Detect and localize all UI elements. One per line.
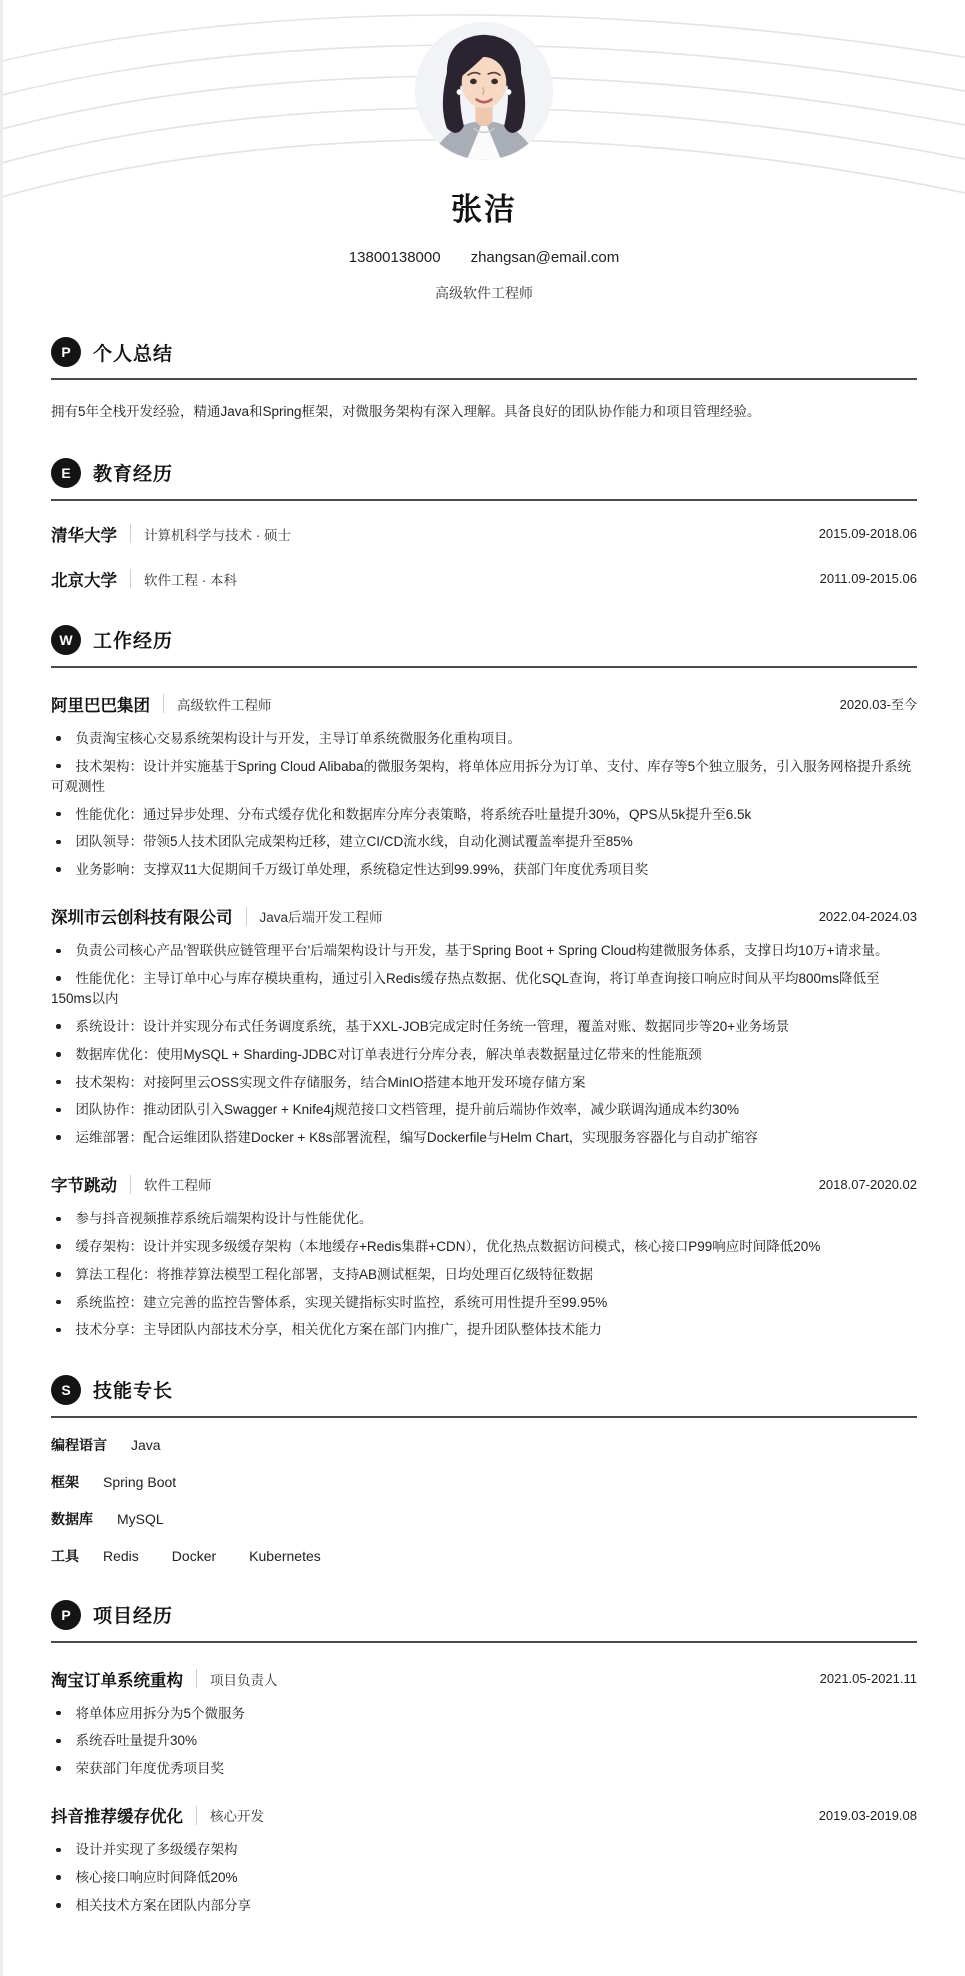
vertical-separator	[246, 907, 247, 926]
bullet-dot-icon	[56, 1848, 61, 1853]
work-section-icon: W	[51, 625, 81, 655]
date-range: 2011.09-2015.06	[820, 571, 917, 586]
role-title: 软件工程师	[144, 1174, 212, 1194]
bullet-item: 缓存架构：设计并实现多级缓存架构（本地缓存+Redis集群+CDN），优化热点数…	[51, 1237, 917, 1257]
bullet-text: 相关技术方案在团队内部分享	[76, 1898, 252, 1913]
section-title-projects: 项目经历	[93, 1601, 173, 1628]
skill-value: Redis	[103, 1548, 139, 1564]
resume-header: 张洁 13800138000 zhangsan@email.com 高级软件工程…	[3, 0, 965, 303]
bullet-text: 设计并实现了多级缓存架构	[76, 1842, 238, 1857]
bullet-item: 数据库优化：使用MySQL + Sharding-JDBC对订单表进行分库分表，…	[51, 1045, 917, 1065]
bullet-dot-icon	[56, 867, 61, 872]
skill-value: Kubernetes	[249, 1548, 321, 1564]
resume-page: 张洁 13800138000 zhangsan@email.com 高级软件工程…	[0, 0, 965, 1976]
bullet-dot-icon	[56, 1135, 61, 1140]
candidate-title: 高级软件工程师	[3, 283, 965, 303]
bullet-dot-icon	[56, 1080, 61, 1085]
bullet-item: 技术架构：对接阿里云OSS实现文件存储服务，结合MinIO搭建本地开发环境存储方…	[51, 1073, 917, 1093]
date-range: 2015.09-2018.06	[819, 526, 917, 541]
education-list: 清华大学 计算机科学与技术 · 硕士 2015.09-2018.06 北京大学 …	[51, 522, 917, 591]
role-title: Java后端开发工程师	[260, 906, 383, 926]
bullet-dot-icon	[56, 1217, 61, 1222]
section-divider	[51, 499, 917, 501]
skill-category-label: 数据库	[51, 1509, 93, 1529]
bullet-dot-icon	[56, 1272, 61, 1277]
skill-values: Spring Boot	[103, 1474, 176, 1490]
bullet-dot-icon	[56, 1711, 61, 1716]
section-education: E 教育经历 清华大学 计算机科学与技术 · 硕士 2015.09-2018.0…	[51, 458, 917, 591]
skill-row: 工具 RedisDockerKubernetes	[51, 1546, 917, 1566]
projects-list: 淘宝订单系统重构 项目负责人 2021.05-2021.11 将单体应用拆分为5…	[51, 1667, 917, 1917]
skill-value: Docker	[172, 1548, 216, 1564]
bullet-list: 将单体应用拆分为5个微服务 系统吞吐量提升30% 荣获部门年度优秀项目奖	[51, 1704, 917, 1780]
bullet-item: 负责淘宝核心交易系统架构设计与开发，主导订单系统微服务化重构项目。	[51, 729, 917, 749]
bullet-dot-icon	[56, 1875, 61, 1880]
bullet-dot-icon	[56, 1328, 61, 1333]
role-title: 高级软件工程师	[177, 694, 272, 714]
bullet-text: 团队领导：带领5人技术团队完成架构迁移，建立CI/CD流水线，自动化测试覆盖率提…	[76, 834, 633, 849]
bullet-item: 性能优化：通过异步处理、分布式缓存优化和数据库分库分表策略，将系统吞吐量提升30…	[51, 805, 917, 825]
bullet-item: 运维部署：配合运维团队搭建Docker + K8s部署流程，编写Dockerfi…	[51, 1128, 917, 1148]
project-name: 淘宝订单系统重构	[51, 1667, 183, 1691]
bullet-item: 系统设计：设计并实现分布式任务调度系统，基于XXL-JOB完成定时任务统一管理，…	[51, 1017, 917, 1037]
bullet-item: 荣获部门年度优秀项目奖	[51, 1759, 917, 1779]
bullet-dot-icon	[56, 840, 61, 845]
bullet-item: 团队领导：带领5人技术团队完成架构迁移，建立CI/CD流水线，自动化测试覆盖率提…	[51, 832, 917, 852]
bullet-item: 相关技术方案在团队内部分享	[51, 1896, 917, 1916]
education-row: 北京大学 软件工程 · 本科 2011.09-2015.06	[51, 567, 917, 591]
skills-section-icon: S	[51, 1375, 81, 1405]
work-list: 阿里巴巴集团 高级软件工程师 2020.03-至今 负责淘宝核心交易系统架构设计…	[51, 692, 917, 1341]
section-skills: S 技能专长 编程语言 Java 框架	[51, 1375, 917, 1566]
section-divider	[51, 1416, 917, 1418]
bullet-item: 系统监控：建立完善的监控告警体系，实现关键指标实时监控，系统可用性提升至99.9…	[51, 1293, 917, 1313]
summary-text: 拥有5年全栈开发经验，精通Java和Spring框架，对微服务架构有深入理解。具…	[51, 401, 917, 424]
company-name: 深圳市云创科技有限公司	[51, 904, 233, 928]
bullet-dot-icon	[56, 812, 61, 817]
bullet-text: 运维部署：配合运维团队搭建Docker + K8s部署流程，编写Dockerfi…	[76, 1130, 758, 1145]
section-title-summary: 个人总结	[93, 339, 173, 366]
skill-values: RedisDockerKubernetes	[103, 1548, 321, 1564]
vertical-separator	[130, 524, 131, 543]
bullet-dot-icon	[56, 1052, 61, 1057]
bullet-text: 负责淘宝核心交易系统架构设计与开发，主导订单系统微服务化重构项目。	[76, 731, 522, 746]
bullet-list: 负责淘宝核心交易系统架构设计与开发，主导订单系统微服务化重构项目。 技术架构：设…	[51, 729, 917, 881]
bullet-item: 性能优化：主导订单中心与库存模块重构，通过引入Redis缓存热点数据、优化SQL…	[51, 969, 917, 1010]
email-address: zhangsan@email.com	[471, 249, 620, 266]
date-range: 2018.07-2020.02	[819, 1177, 917, 1192]
bullet-item: 技术分享：主导团队内部技术分享，相关优化方案在部门内推广，提升团队整体技术能力	[51, 1320, 917, 1340]
skill-value: Spring Boot	[103, 1474, 176, 1490]
section-title-skills: 技能专长	[93, 1376, 173, 1403]
skill-row: 框架 Spring Boot	[51, 1472, 917, 1492]
bullet-item: 团队协作：推动团队引入Swagger + Knife4j规范接口文档管理，提升前…	[51, 1100, 917, 1120]
bullet-dot-icon	[56, 1300, 61, 1305]
bullet-item: 将单体应用拆分为5个微服务	[51, 1704, 917, 1724]
education-section-icon: E	[51, 458, 81, 488]
summary-section-icon: P	[51, 337, 81, 367]
school-name: 北京大学	[51, 567, 117, 591]
company-name: 字节跳动	[51, 1172, 117, 1196]
bullet-text: 性能优化：通过异步处理、分布式缓存优化和数据库分库分表策略，将系统吞吐量提升30…	[76, 807, 752, 822]
company-name: 阿里巴巴集团	[51, 692, 150, 716]
bullet-item: 系统吞吐量提升30%	[51, 1731, 917, 1751]
date-range: 2021.05-2021.11	[820, 1671, 917, 1686]
project-entry: 淘宝订单系统重构 项目负责人 2021.05-2021.11 将单体应用拆分为5…	[51, 1667, 917, 1780]
date-range: 2019.03-2019.08	[819, 1808, 917, 1823]
bullet-dot-icon	[56, 1903, 61, 1908]
skill-category-label: 框架	[51, 1472, 79, 1492]
bullet-dot-icon	[56, 976, 61, 981]
degree-text: 软件工程 · 本科	[144, 569, 237, 589]
bullet-dot-icon	[56, 764, 61, 769]
date-range: 2020.03-至今	[840, 694, 917, 713]
project-role: 项目负责人	[210, 1669, 278, 1689]
candidate-name: 张洁	[3, 184, 965, 229]
contact-row: 13800138000 zhangsan@email.com	[3, 249, 965, 266]
bullet-dot-icon	[56, 1024, 61, 1029]
avatar	[415, 22, 553, 160]
bullet-text: 技术架构：设计并实施基于Spring Cloud Alibaba的微服务架构，将…	[51, 759, 911, 794]
vertical-separator	[196, 1669, 197, 1688]
skill-row: 数据库 MySQL	[51, 1509, 917, 1529]
bullet-text: 负责公司核心产品'智联供应链管理平台'后端架构设计与开发，基于Spring Bo…	[76, 943, 889, 958]
bullet-item: 技术架构：设计并实施基于Spring Cloud Alibaba的微服务架构，将…	[51, 757, 917, 798]
section-projects: P 项目经历 淘宝订单系统重构 项目负责人 2021.05-2021.11	[51, 1600, 917, 1917]
bullet-item: 设计并实现了多级缓存架构	[51, 1840, 917, 1860]
skill-category-label: 编程语言	[51, 1435, 107, 1455]
section-divider	[51, 378, 917, 380]
bullet-text: 核心接口响应时间降低20%	[76, 1870, 238, 1885]
bullet-text: 技术架构：对接阿里云OSS实现文件存储服务，结合MinIO搭建本地开发环境存储方…	[76, 1075, 586, 1090]
bullet-text: 缓存架构：设计并实现多级缓存架构（本地缓存+Redis集群+CDN），优化热点数…	[76, 1239, 821, 1254]
bullet-item: 核心接口响应时间降低20%	[51, 1868, 917, 1888]
project-name: 抖音推荐缓存优化	[51, 1803, 183, 1827]
skill-value: Java	[131, 1437, 161, 1453]
section-divider	[51, 666, 917, 668]
bullet-dot-icon	[56, 949, 61, 954]
school-name: 清华大学	[51, 522, 117, 546]
section-title-education: 教育经历	[93, 459, 173, 486]
education-row: 清华大学 计算机科学与技术 · 硕士 2015.09-2018.06	[51, 522, 917, 546]
bullet-text: 性能优化：主导订单中心与库存模块重构，通过引入Redis缓存热点数据、优化SQL…	[51, 971, 880, 1006]
bullet-text: 荣获部门年度优秀项目奖	[76, 1761, 225, 1776]
skill-value: MySQL	[117, 1511, 164, 1527]
section-title-work: 工作经历	[93, 626, 173, 653]
skills-list: 编程语言 Java 框架 Spring Boot 数据库	[51, 1435, 917, 1566]
bullet-text: 系统设计：设计并实现分布式任务调度系统，基于XXL-JOB完成定时任务统一管理，…	[76, 1019, 790, 1034]
bullet-text: 系统吞吐量提升30%	[76, 1733, 198, 1748]
bullet-text: 参与抖音视频推荐系统后端架构设计与性能优化。	[76, 1211, 373, 1226]
bullet-item: 负责公司核心产品'智联供应链管理平台'后端架构设计与开发，基于Spring Bo…	[51, 941, 917, 961]
bullet-dot-icon	[56, 1766, 61, 1771]
date-range: 2022.04-2024.03	[819, 909, 917, 924]
bullet-list: 设计并实现了多级缓存架构 核心接口响应时间降低20% 相关技术方案在团队内部分享	[51, 1840, 917, 1916]
bullet-list: 参与抖音视频推荐系统后端架构设计与性能优化。 缓存架构：设计并实现多级缓存架构（…	[51, 1209, 917, 1340]
bullet-item: 参与抖音视频推荐系统后端架构设计与性能优化。	[51, 1209, 917, 1229]
bullet-list: 负责公司核心产品'智联供应链管理平台'后端架构设计与开发，基于Spring Bo…	[51, 941, 917, 1148]
work-entry: 字节跳动 软件工程师 2018.07-2020.02 参与抖音视频推荐系统后端架…	[51, 1172, 917, 1340]
bullet-dot-icon	[56, 736, 61, 741]
bullet-text: 技术分享：主导团队内部技术分享，相关优化方案在部门内推广，提升团队整体技术能力	[76, 1322, 603, 1337]
bullet-text: 系统监控：建立完善的监控告警体系，实现关键指标实时监控，系统可用性提升至99.9…	[76, 1295, 608, 1310]
vertical-separator	[196, 1806, 197, 1825]
degree-text: 计算机科学与技术 · 硕士	[144, 524, 291, 544]
avatar-illustration-icon	[415, 22, 553, 160]
section-summary: P 个人总结 拥有5年全栈开发经验，精通Java和Spring框架，对微服务架构…	[51, 337, 917, 424]
section-work: W 工作经历 阿里巴巴集团 高级软件工程师 2020.03-至今	[51, 625, 917, 1341]
bullet-text: 业务影响：支撑双11大促期间千万级订单处理，系统稳定性达到99.99%，获部门年…	[76, 862, 649, 877]
vertical-separator	[130, 569, 131, 588]
resume-body: P 个人总结 拥有5年全栈开发经验，精通Java和Spring框架，对微服务架构…	[3, 337, 965, 1976]
bullet-dot-icon	[56, 1244, 61, 1249]
skill-values: MySQL	[117, 1511, 164, 1527]
bullet-item: 业务影响：支撑双11大促期间千万级订单处理，系统稳定性达到99.99%，获部门年…	[51, 860, 917, 880]
project-entry: 抖音推荐缓存优化 核心开发 2019.03-2019.08 设计并实现了多级缓存…	[51, 1803, 917, 1916]
bullet-text: 团队协作：推动团队引入Swagger + Knife4j规范接口文档管理，提升前…	[76, 1102, 739, 1117]
skill-row: 编程语言 Java	[51, 1435, 917, 1455]
phone-number: 13800138000	[349, 249, 441, 266]
vertical-separator	[130, 1175, 131, 1194]
skill-category-label: 工具	[51, 1546, 79, 1566]
bullet-text: 将单体应用拆分为5个微服务	[76, 1706, 246, 1721]
vertical-separator	[163, 694, 164, 713]
work-entry: 深圳市云创科技有限公司 Java后端开发工程师 2022.04-2024.03 …	[51, 904, 917, 1148]
bullet-text: 数据库优化：使用MySQL + Sharding-JDBC对订单表进行分库分表，…	[76, 1047, 702, 1062]
bullet-dot-icon	[56, 1108, 61, 1113]
bullet-text: 算法工程化：将推荐算法模型工程化部署，支持AB测试框架，日均处理百亿级特征数据	[76, 1267, 594, 1282]
projects-section-icon: P	[51, 1600, 81, 1630]
project-role: 核心开发	[210, 1805, 264, 1825]
skill-values: Java	[131, 1437, 161, 1453]
work-entry: 阿里巴巴集团 高级软件工程师 2020.03-至今 负责淘宝核心交易系统架构设计…	[51, 692, 917, 881]
section-divider	[51, 1641, 917, 1643]
bullet-dot-icon	[56, 1739, 61, 1744]
bullet-item: 算法工程化：将推荐算法模型工程化部署，支持AB测试框架，日均处理百亿级特征数据	[51, 1265, 917, 1285]
